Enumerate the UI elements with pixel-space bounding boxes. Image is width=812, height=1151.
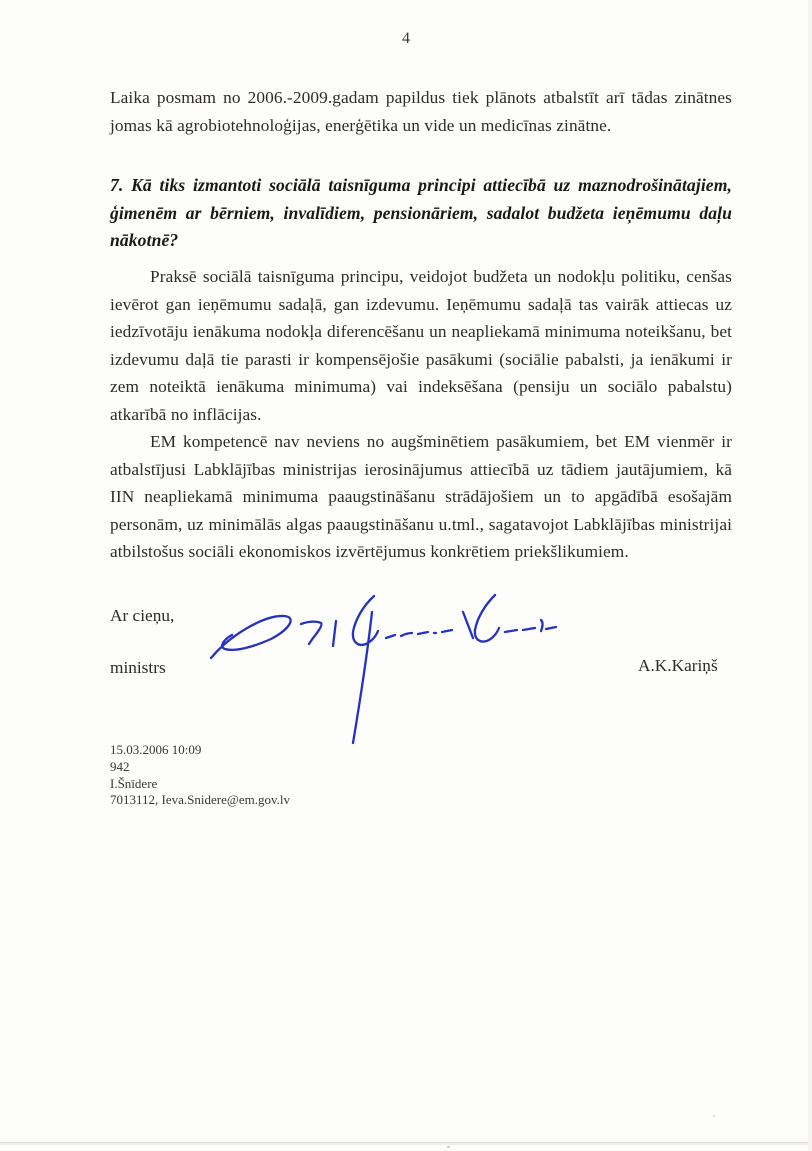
- scan-dust-speck: [447, 1146, 450, 1148]
- answer-paragraph-1: Praksē sociālā taisnīguma principu, veid…: [110, 263, 732, 428]
- signature-ink: [211, 595, 556, 743]
- closing-salutation: Ar cieņu,: [110, 606, 174, 626]
- signer-name: A.K.Kariņš: [638, 656, 718, 676]
- scan-dust-speck: [713, 1115, 715, 1117]
- scan-bottom-edge-shadow: [0, 1143, 812, 1145]
- intro-paragraph: Laika posmam no 2006.-2009.gadam papildu…: [110, 84, 732, 139]
- footer-doc-number: 942: [110, 759, 290, 776]
- scan-right-edge: [808, 0, 812, 1151]
- signer-title: ministrs: [110, 658, 166, 678]
- footer-preparer: I.Šnīdere: [110, 776, 290, 793]
- footer-datetime: 15.03.2006 10:09: [110, 742, 290, 759]
- footer-block: 15.03.2006 10:09 942 I.Šnīdere 7013112, …: [110, 742, 290, 809]
- question-7-heading: 7. Kā tiks izmantoti sociālā taisnīguma …: [110, 172, 732, 255]
- page-number: 4: [0, 30, 812, 48]
- scanned-letter-page: 4 Laika posmam no 2006.-2009.gadam papil…: [0, 0, 812, 1151]
- answer-paragraph-2: EM kompetencē nav neviens no augšminētie…: [110, 428, 732, 566]
- footer-contact: 7013112, Ieva.Snidere@em.gov.lv: [110, 792, 290, 809]
- scan-bottom-edge-line: [0, 1142, 812, 1143]
- handwritten-signature: [205, 590, 560, 750]
- answer-paragraphs: Praksē sociālā taisnīguma principu, veid…: [110, 263, 732, 566]
